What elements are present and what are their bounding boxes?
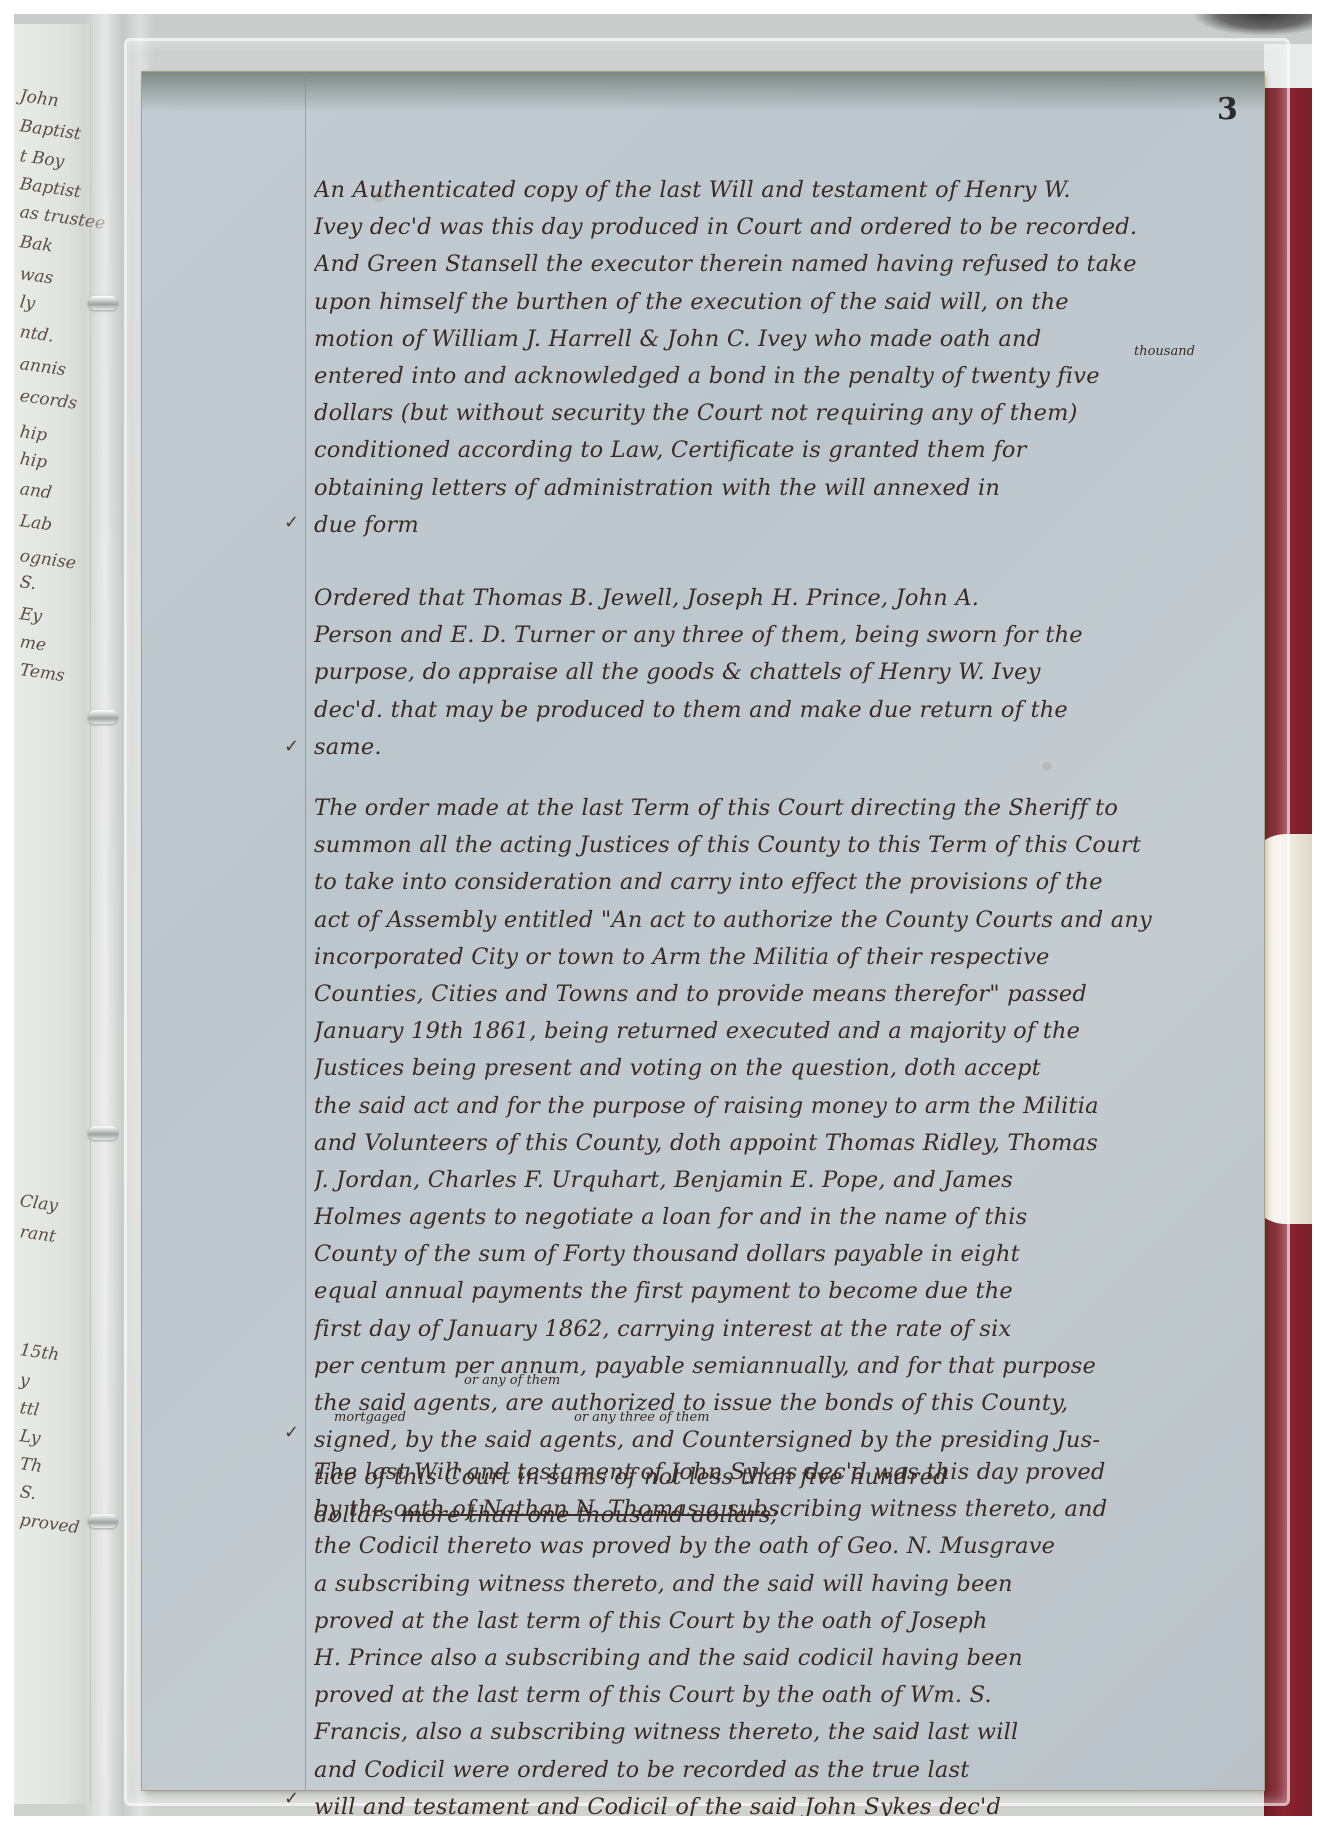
- text-line: J. Jordan, Charles F. Urquhart, Benjamin…: [314, 1162, 1252, 1199]
- checkmark-icon: ✓: [284, 1422, 299, 1443]
- interlineation: thousand: [1134, 344, 1195, 359]
- text-line: will and testament and Codicil of the sa…: [314, 1789, 1252, 1816]
- text-line: Person and E. D. Turner or any three of …: [314, 617, 1252, 654]
- text-line: upon himself the burthen of the executio…: [314, 284, 1252, 321]
- text-line: Justices being present and voting on the…: [314, 1050, 1252, 1087]
- text-line: and Volunteers of this County, doth appo…: [314, 1125, 1252, 1162]
- left-page-fragment: Baptist: [19, 174, 83, 202]
- left-page-fragment: S.: [19, 1482, 38, 1504]
- text-line: entered into and acknowledged a bond in …: [314, 358, 1252, 395]
- text-line: H. Prince also a subscribing and the sai…: [314, 1640, 1252, 1677]
- text-line: per centum per annum, payable semiannual…: [314, 1348, 1252, 1385]
- left-page-fragment: John: [19, 86, 60, 111]
- left-page-fragment: and: [19, 479, 53, 503]
- text-line: purpose, do appraise all the goods & cha…: [314, 654, 1252, 691]
- text-line: An Authenticated copy of the last Will a…: [314, 172, 1252, 209]
- text-line: the Codicil thereto was proved by the oa…: [314, 1528, 1252, 1565]
- dark-object-top-right: [1192, 14, 1312, 36]
- entry-will-henry-ivey: An Authenticated copy of the last Will a…: [314, 172, 1252, 544]
- left-page-fragment: hip: [19, 422, 49, 446]
- checkmark-icon: ✓: [284, 1788, 299, 1809]
- text-line: a subscribing witness thereto, and the s…: [314, 1566, 1252, 1603]
- text-line: Ivey dec'd was this day produced in Cour…: [314, 209, 1252, 246]
- left-page-fragment: annis: [19, 354, 68, 380]
- text-line: The order made at the last Term of this …: [314, 790, 1252, 827]
- binder-ring: [88, 1126, 118, 1140]
- left-page-fragment: proved: [19, 1510, 81, 1538]
- text-line: summon all the acting Justices of this C…: [314, 827, 1252, 864]
- text-line: Francis, also a subscribing witness ther…: [314, 1714, 1252, 1751]
- entry-will-john-sykes: The last Will and testament of John Syke…: [314, 1454, 1252, 1816]
- left-page-fragment: me: [19, 632, 48, 655]
- left-page-fragment: Clay: [19, 1191, 60, 1216]
- left-page-fragment: Bak: [19, 232, 54, 256]
- left-page-fragment: Ey: [19, 604, 44, 627]
- checkmark-icon: ✓: [284, 736, 299, 757]
- text-line: act of Assembly entitled "An act to auth…: [314, 902, 1252, 939]
- entry-appraisers-order: Ordered that Thomas B. Jewell, Joseph H.…: [314, 580, 1252, 766]
- left-page-fragment: ly: [19, 292, 37, 314]
- binder-ring: [88, 296, 118, 310]
- left-page-fragment: ntd.: [19, 322, 56, 347]
- left-page-fragment: S.: [19, 572, 38, 594]
- text-line: to take into consideration and carry int…: [314, 864, 1252, 901]
- left-page-fragment: was: [19, 264, 55, 288]
- interlineation: mortgaged: [334, 1410, 406, 1425]
- left-page-fragment: Ly: [19, 1426, 42, 1449]
- text-line: obtaining letters of administration with…: [314, 470, 1252, 507]
- left-page-fragment: ognise: [19, 546, 78, 574]
- text-line: dollars (but without security the Court …: [314, 395, 1252, 432]
- text-line: January 19th 1861, being returned execut…: [314, 1013, 1252, 1050]
- ledger-page: 3 An Authenticated copy of the last Will…: [142, 72, 1264, 1790]
- left-page-fragment: ecords: [19, 386, 79, 414]
- text-line: the said act and for the purpose of rais…: [314, 1088, 1252, 1125]
- facing-left-page: John Baptist t Boy Baptist as trustee Ba…: [14, 24, 91, 1804]
- text-line: by the oath of Nathan N. Thomas a subscr…: [314, 1491, 1252, 1528]
- text-line: County of the sum of Forty thousand doll…: [314, 1236, 1252, 1273]
- text-line: proved at the last term of this Court by…: [314, 1677, 1252, 1714]
- text-line: conditioned according to Law, Certificat…: [314, 432, 1252, 469]
- text-line: due form: [314, 507, 1252, 544]
- left-page-fragment: rant: [19, 1222, 57, 1247]
- left-page-fragment: Tems: [19, 660, 66, 686]
- text-line: the said agents, are authorized to issue…: [314, 1385, 1252, 1422]
- text-line: dec'd. that may be produced to them and …: [314, 692, 1252, 729]
- checkmark-icon: ✓: [284, 512, 299, 533]
- left-page-fragment: 15th: [19, 1340, 61, 1365]
- left-page-fragment: Th: [19, 1454, 44, 1477]
- binder-ring: [88, 710, 118, 724]
- left-page-fragment: hip: [19, 449, 49, 473]
- margin-rule: [305, 72, 306, 1790]
- interlineation: or any of them: [464, 1373, 560, 1388]
- left-page-fragment: t Boy: [19, 146, 66, 172]
- text-line: Holmes agents to negotiate a loan for an…: [314, 1199, 1252, 1236]
- binder-ring: [88, 1514, 118, 1528]
- text-line: The last Will and testament of John Syke…: [314, 1454, 1252, 1491]
- text-line: same.: [314, 729, 1252, 766]
- text-line: motion of William J. Harrell & John C. I…: [314, 321, 1252, 358]
- left-page-fragment: ttl: [19, 1398, 41, 1420]
- left-page-fragment: Baptist: [19, 116, 83, 144]
- left-page-fragment: y: [19, 1370, 31, 1391]
- text-line: incorporated City or town to Arm the Mil…: [314, 939, 1252, 976]
- text-line: Counties, Cities and Towns and to provid…: [314, 976, 1252, 1013]
- text-line: first day of January 1862, carrying inte…: [314, 1311, 1252, 1348]
- text-line: And Green Stansell the executor therein …: [314, 246, 1252, 283]
- text-line: and Codicil were ordered to be recorded …: [314, 1752, 1252, 1789]
- left-page-fragment: Lab: [19, 511, 54, 535]
- text-line: proved at the last term of this Court by…: [314, 1603, 1252, 1640]
- text-line: Ordered that Thomas B. Jewell, Joseph H.…: [314, 580, 1252, 617]
- interlineation: or any three of them: [574, 1410, 710, 1425]
- text-line: equal annual payments the first payment …: [314, 1273, 1252, 1310]
- entry-militia-order: The order made at the last Term of this …: [314, 790, 1252, 1534]
- photograph-background: John Baptist t Boy Baptist as trustee Ba…: [14, 14, 1312, 1816]
- page-number: 3: [1217, 92, 1238, 127]
